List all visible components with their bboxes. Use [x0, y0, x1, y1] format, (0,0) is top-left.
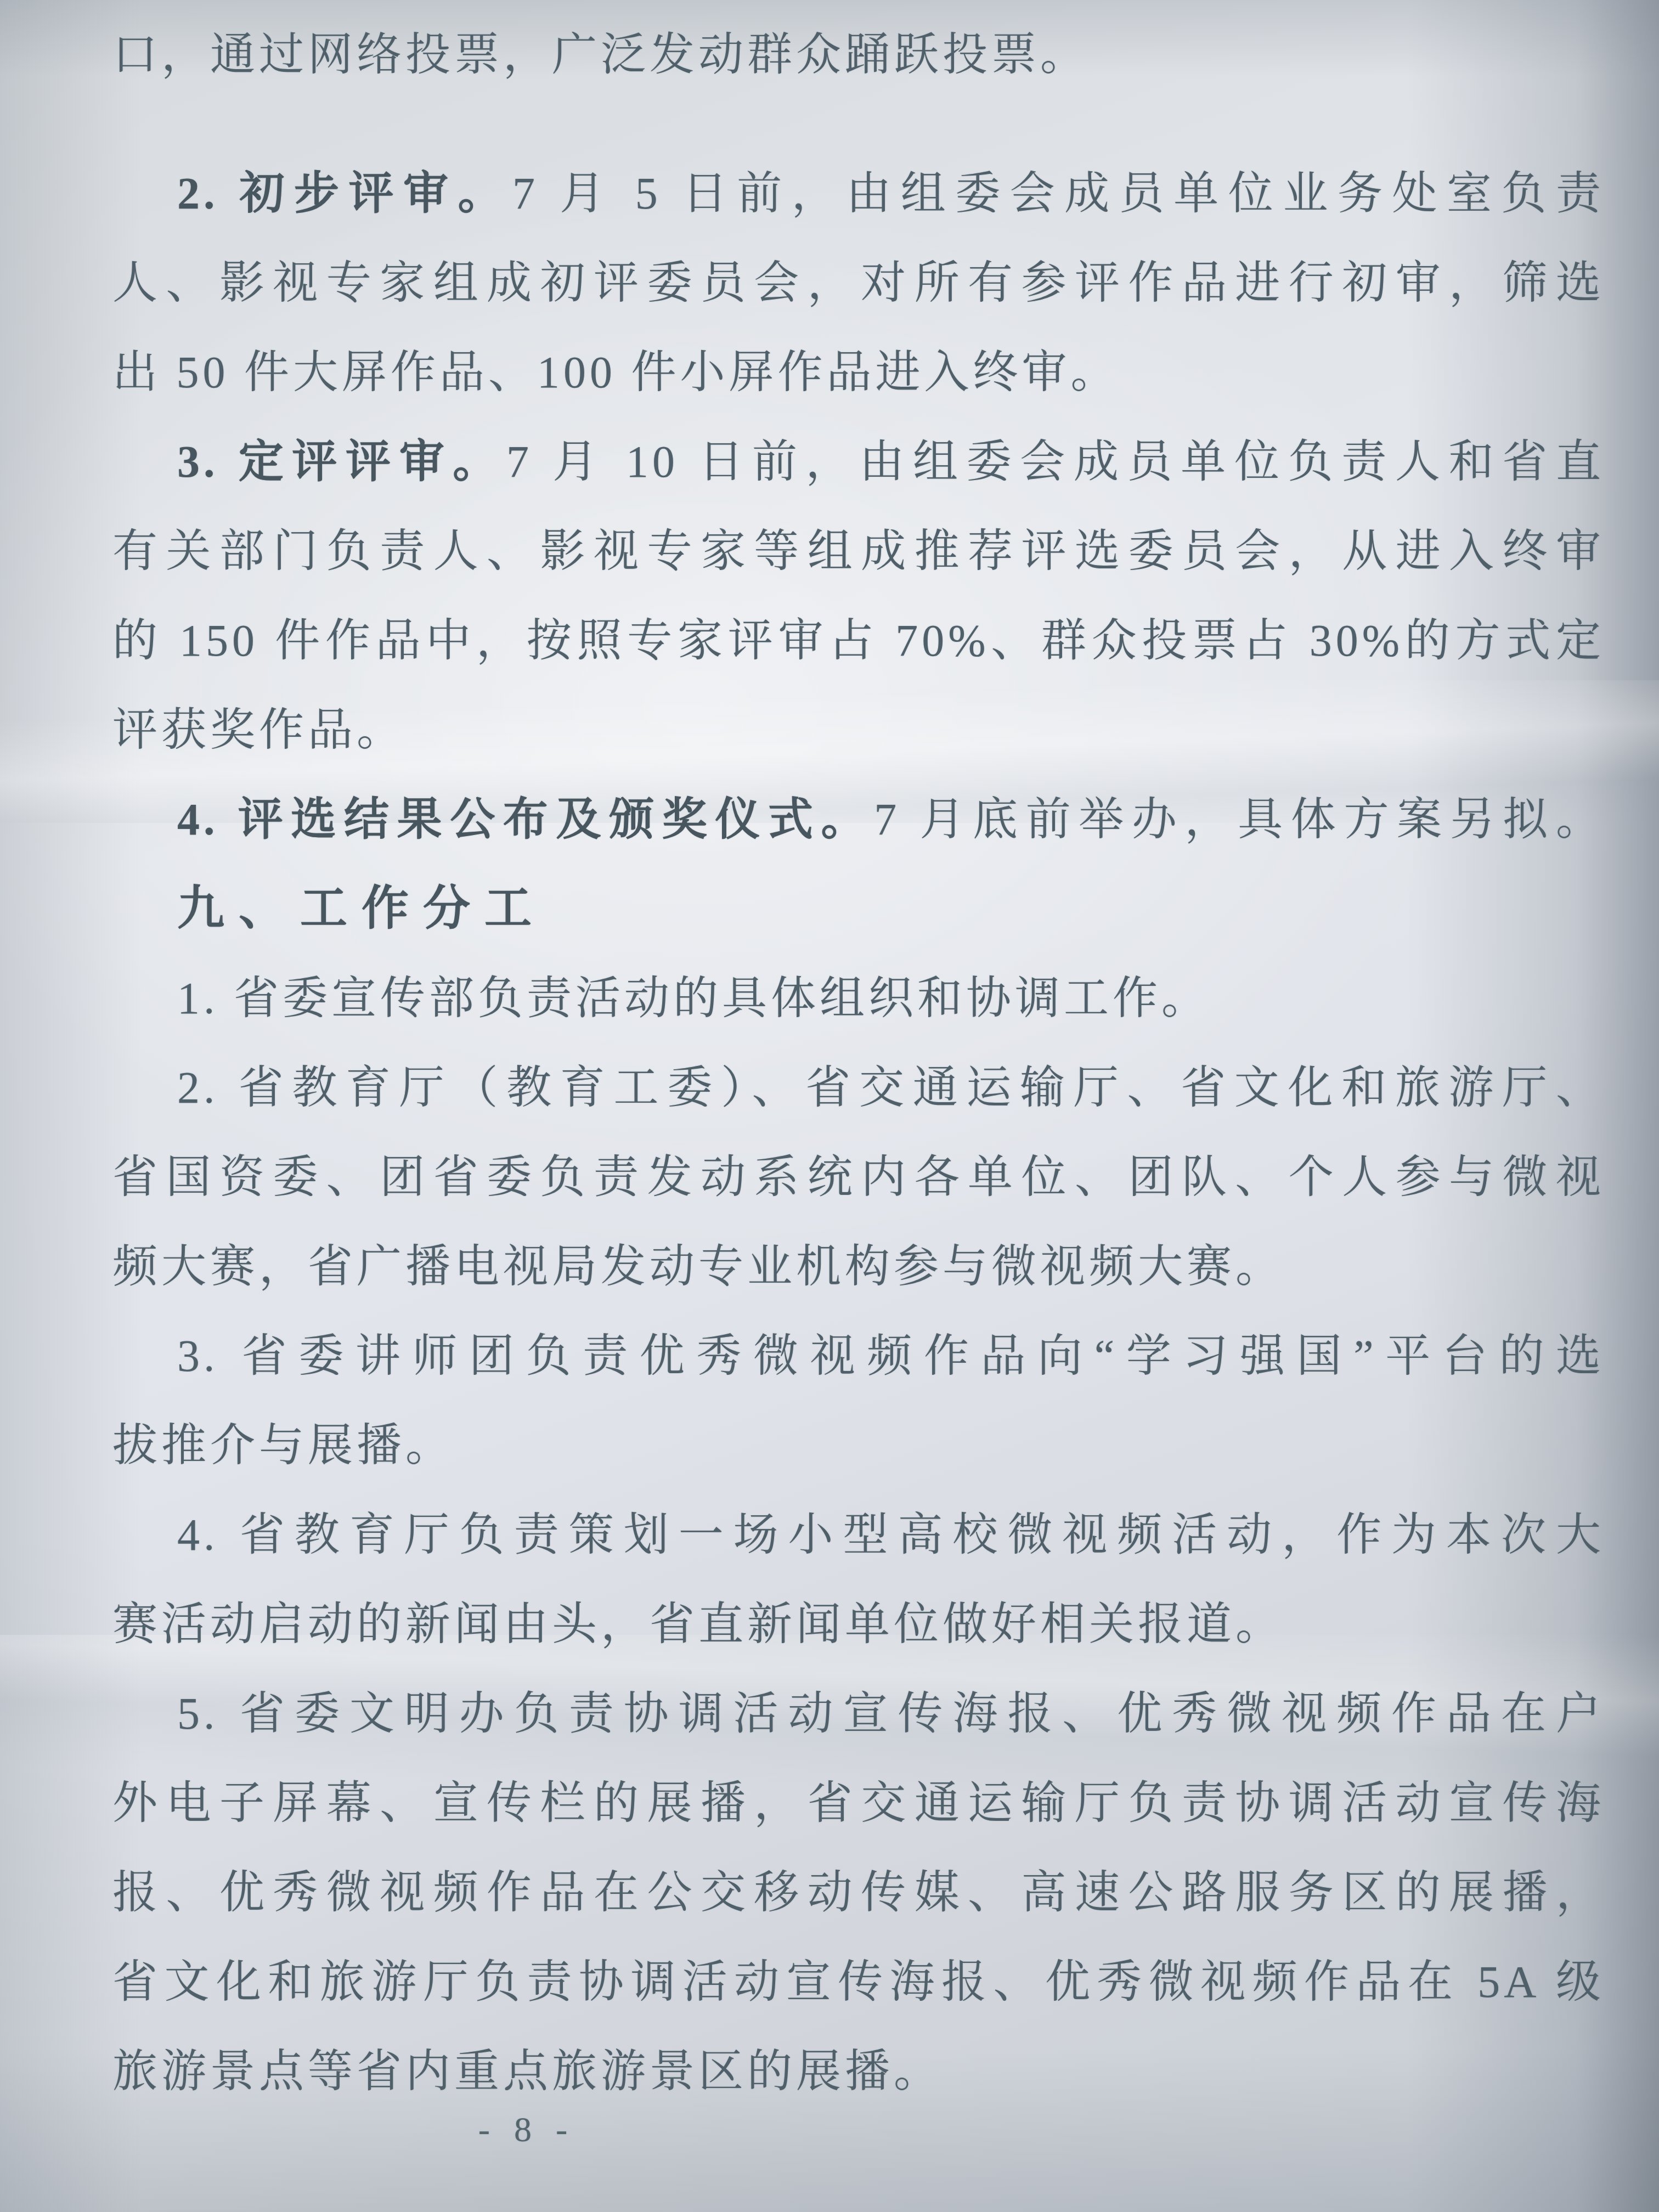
body-text: 的 150 件作品中，按照专家评审占 70%、群众投票占 30%的方式定: [112, 616, 1605, 665]
page-number: - 8 -: [0, 2109, 1053, 2150]
text-line: 2. 省教育厅（教育工委）、省交通运输厅、省文化和旅游厅、: [112, 1043, 1605, 1132]
text-line: 人、影视专家组成初评委员会，对所有参评作品进行初审，筛选: [112, 238, 1605, 328]
body-text: 省国资委、团省委负责发动系统内各单位、团队、个人参与微视: [112, 1152, 1605, 1202]
text-line: 3. 定评评审。7 月 10 日前，由组委会成员单位负责人和省直: [112, 417, 1605, 506]
bold-text: 2. 初步评审。: [177, 168, 512, 218]
bold-text: 3. 定评评审。: [177, 437, 506, 487]
text-line: 省文化和旅游厅负责协调活动宣传海报、优秀微视频作品在 5A 级: [112, 1937, 1605, 2027]
body-text: 3. 省委讲师团负责优秀微视频作品向“学习强国”平台的选: [177, 1331, 1605, 1381]
body-text: 4. 省教育厅负责策划一场小型高校微视频活动，作为本次大: [177, 1510, 1605, 1560]
text-line: 4. 评选结果公布及颁奖仪式。7 月底前举办，具体方案另拟。: [112, 775, 1605, 864]
text-line: 的 150 件作品中，按照专家评审占 70%、群众投票占 30%的方式定: [112, 596, 1605, 685]
body-text: 2. 省教育厅（教育工委）、省交通运输厅、省文化和旅游厅、: [177, 1063, 1605, 1113]
text-line: 评获奖作品。: [112, 685, 1605, 775]
body-text: 人、影视专家组成初评委员会，对所有参评作品进行初审，筛选: [112, 258, 1605, 308]
body-text: 有关部门负责人、影视专家等组成推荐评选委员会，从进入终审: [112, 526, 1605, 576]
body-text: 旅游景点等省内重点旅游景区的展播。: [112, 2046, 943, 2096]
text-line: 2. 初步评审。7 月 5 日前，由组委会成员单位业务处室负责: [112, 149, 1605, 238]
body-text: 7 月 10 日前，由组委会成员单位负责人和省直: [506, 437, 1605, 487]
text-line: 3. 省委讲师团负责优秀微视频作品向“学习强国”平台的选: [112, 1311, 1605, 1401]
body-text: 拔推介与展播。: [112, 1420, 454, 1470]
text-line: 4. 省教育厅负责策划一场小型高校微视频活动，作为本次大: [112, 1490, 1605, 1579]
body-text: 7 月底前举办，具体方案另拟。: [874, 794, 1605, 844]
document-photo: 口，通过网络投票，广泛发动群众踊跃投票。2. 初步评审。7 月 5 日前，由组委…: [0, 0, 1659, 2212]
text-line: 旅游景点等省内重点旅游景区的展播。: [112, 2027, 1605, 2116]
text-lines: 口，通过网络投票，广泛发动群众踊跃投票。2. 初步评审。7 月 5 日前，由组委…: [112, 10, 1605, 2116]
body-text: 出 50 件大屏作品、100 件小屏作品进入终审。: [112, 347, 1120, 397]
body-text: 评获奖作品。: [112, 705, 405, 755]
text-line: 赛活动启动的新闻由头，省直新闻单位做好相关报道。: [112, 1579, 1605, 1669]
text-line: 1. 省委宣传部负责活动的具体组织和协调工作。: [112, 953, 1605, 1043]
body-text: 1. 省委宣传部负责活动的具体组织和协调工作。: [177, 973, 1210, 1023]
body-text: 频大赛，省广播电视局发动专业机构参与微视频大赛。: [112, 1242, 1284, 1291]
body-text: 5. 省委文明办负责协调活动宣传海报、优秀微视频作品在户: [177, 1689, 1605, 1739]
bold-text: 九、工作分工: [177, 882, 546, 935]
text-line: 5. 省委文明办负责协调活动宣传海报、优秀微视频作品在户: [112, 1669, 1605, 1758]
body-text: 赛活动启动的新闻由头，省直新闻单位做好相关报道。: [112, 1599, 1284, 1649]
text-line: 报、优秀微视频作品在公交移动传媒、高速公路服务区的展播，: [112, 1848, 1605, 1937]
text-line: 有关部门负责人、影视专家等组成推荐评选委员会，从进入终审: [112, 506, 1605, 596]
text-line: 口，通过网络投票，广泛发动群众踊跃投票。: [112, 10, 1605, 99]
text-line: 频大赛，省广播电视局发动专业机构参与微视频大赛。: [112, 1222, 1605, 1311]
body-text: 7 月 5 日前，由组委会成员单位业务处室负责: [512, 168, 1605, 218]
section-heading: 九、工作分工: [112, 864, 1605, 953]
text-line: 外电子屏幕、宣传栏的展播，省交通运输厅负责协调活动宣传海: [112, 1758, 1605, 1848]
body-text: 省文化和旅游厅负责协调活动宣传海报、优秀微视频作品在 5A 级: [112, 1957, 1605, 2007]
text-line: 拔推介与展播。: [112, 1401, 1605, 1490]
body-text: 口，通过网络投票，广泛发动群众踊跃投票。: [112, 30, 1089, 80]
bold-text: 4. 评选结果公布及颁奖仪式。: [177, 794, 874, 844]
body-text: 报、优秀微视频作品在公交移动传媒、高速公路服务区的展播，: [112, 1867, 1605, 1917]
body-text: 外电子屏幕、宣传栏的展播，省交通运输厅负责协调活动宣传海: [112, 1778, 1605, 1828]
text-line: 省国资委、团省委负责发动系统内各单位、团队、个人参与微视: [112, 1132, 1605, 1222]
text-line: 出 50 件大屏作品、100 件小屏作品进入终审。: [112, 328, 1605, 417]
